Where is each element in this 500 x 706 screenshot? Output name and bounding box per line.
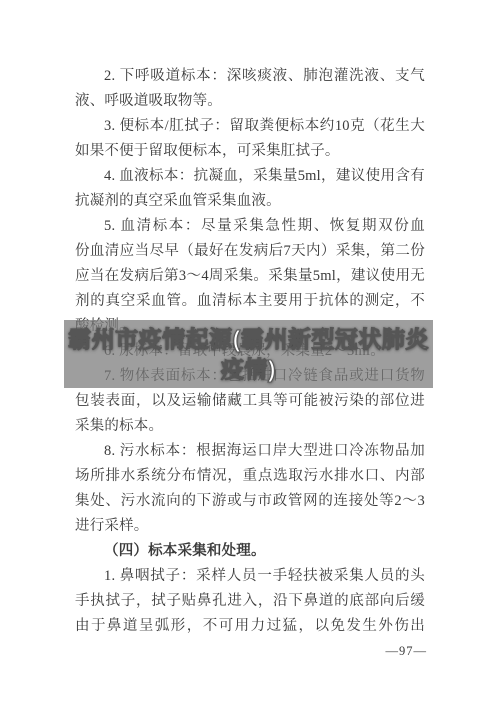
document-line: 包装表面，以及运输储藏工具等可能被污染的部位进行涂抹 bbox=[75, 389, 425, 414]
document-line: 5. 血清标本：尽量采集急性期、恢复期双份血清。第一 bbox=[75, 214, 425, 239]
watermark-banner: 霸州市疫情起源(霸州新型冠状肺炎 疫情) bbox=[64, 320, 433, 388]
document-line: 采集的标本。 bbox=[75, 414, 425, 439]
document-line: 8. 污水标本：根据海运口岸大型进口冷冻物品加工处理 bbox=[75, 439, 425, 464]
document-line: 3. 便标本/肛拭子：留取粪便标本约10克（花生大小）， bbox=[75, 114, 425, 139]
document-line: 4. 血液标本：抗凝血，采集量5ml，建议使用含有EDTA bbox=[75, 164, 425, 189]
document-line: 抗凝剂的真空采血管采集血液。 bbox=[75, 189, 425, 214]
document-line: 由于鼻道呈弧形，不可用力过猛，以免发生外伤出血。待拭 bbox=[75, 614, 425, 639]
document-line: 手执拭子，拭子贴鼻孔进入，沿下鼻道的底部向后缓缓深入， bbox=[75, 589, 425, 614]
document-page: 2. 下呼吸道标本：深咳痰液、肺泡灌洗液、支气管灌洗液、呼吸道吸取物等。3. 便… bbox=[0, 0, 500, 706]
document-line: 应当在发病后第3～4周采集。采集量5ml，建议使用无抗凝 bbox=[75, 264, 425, 289]
document-line: 进行采样。 bbox=[75, 514, 425, 539]
page-number: —97— bbox=[75, 644, 427, 659]
document-line: （四）标本采集和处理。 bbox=[75, 539, 425, 564]
document-line: 2. 下呼吸道标本：深咳痰液、肺泡灌洗液、支气管灌洗 bbox=[75, 64, 425, 89]
document-line: 如果不便于留取便标本，可采集肛拭子。 bbox=[75, 139, 425, 164]
document-line: 液、呼吸道吸取物等。 bbox=[75, 89, 425, 114]
watermark-title-line-2: 疫情) bbox=[221, 354, 276, 384]
document-line: 场所排水系统分布情况，重点选取污水排水口、内部管网汇 bbox=[75, 464, 425, 489]
document-line: 集处、污水流向的下游或与市政管网的连接处等2～3处点位 bbox=[75, 489, 425, 514]
document-line: 剂的真空采血管。血清标本主要用于抗体的测定，不进行核 bbox=[75, 289, 425, 314]
document-line: 1. 鼻咽拭子：采样人员一手轻扶被采集人员的头部，一 bbox=[75, 564, 425, 589]
document-line: 份血清应当尽早（最好在发病后7天内）采集，第二份血清 bbox=[75, 239, 425, 264]
watermark-title-line-1: 霸州市疫情起源(霸州新型冠状肺炎 bbox=[68, 324, 429, 354]
